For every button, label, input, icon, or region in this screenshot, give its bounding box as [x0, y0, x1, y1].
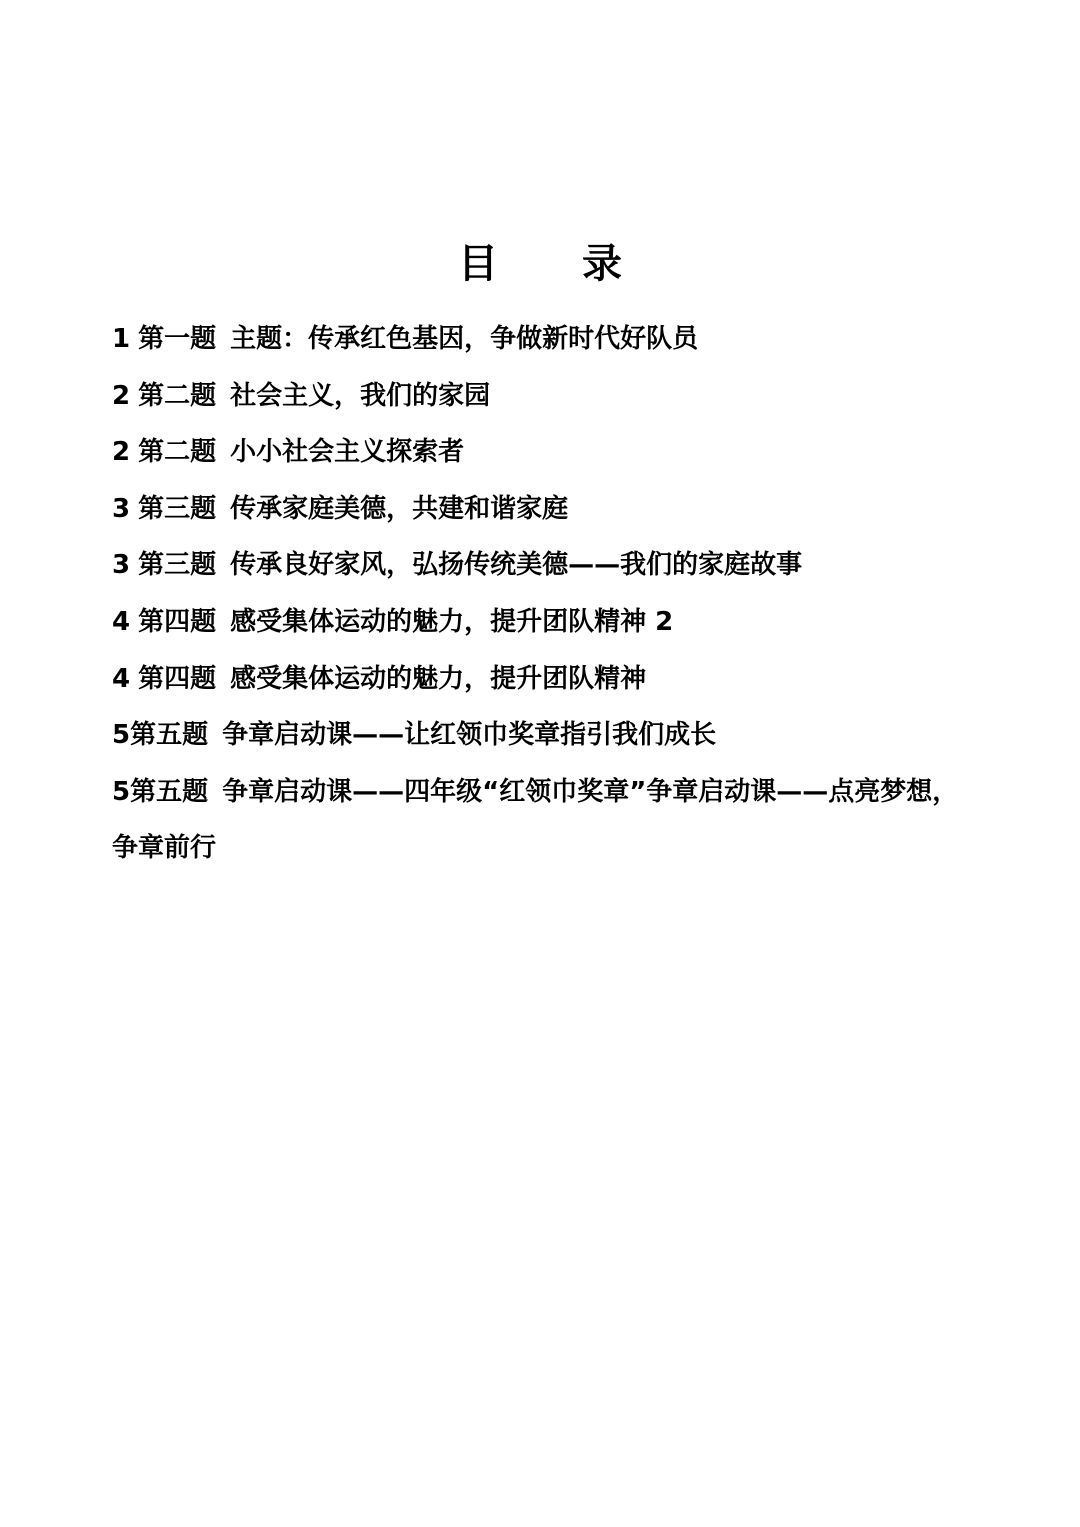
- toc-entry-lesson: 第二题: [138, 368, 216, 425]
- toc-entry[interactable]: 2第二题社会主义，我们的家园: [112, 368, 972, 425]
- toc-entry-title: 传承家庭美德，共建和谐家庭: [230, 494, 568, 524]
- toc-heading: 目录: [0, 236, 1080, 292]
- toc-entry[interactable]: 1第一题主题：传承红色基因，争做新时代好队员: [112, 311, 972, 368]
- toc-entry-lesson: 第四题: [138, 594, 216, 651]
- toc-entry-title: 主题：传承红色基因，争做新时代好队员: [230, 324, 698, 354]
- toc-entry-number: 5: [112, 707, 130, 764]
- toc-entry-lesson: 第五题: [130, 707, 208, 764]
- toc-entry-title: 传承良好家风，弘扬传统美德——我们的家庭故事: [230, 550, 802, 580]
- toc-entry[interactable]: 4第四题感受集体运动的魅力，提升团队精神 2: [112, 594, 972, 651]
- toc-entry[interactable]: 2第二题小小社会主义探索者: [112, 424, 972, 481]
- document-page: 目录 1第一题主题：传承红色基因，争做新时代好队员 2第二题社会主义，我们的家园…: [0, 0, 1080, 1527]
- toc-entry-lesson: 第五题: [130, 764, 208, 821]
- toc-entry-number: 4: [112, 594, 130, 651]
- toc-entry[interactable]: 4第四题感受集体运动的魅力，提升团队精神: [112, 651, 972, 708]
- toc-list: 1第一题主题：传承红色基因，争做新时代好队员 2第二题社会主义，我们的家园 2第…: [112, 311, 972, 877]
- toc-entry-lesson: 第一题: [138, 311, 216, 368]
- toc-entry-lesson: 第二题: [138, 424, 216, 481]
- toc-entry-title: 争章启动课——四年级“红领巾奖章”争章启动课——点亮梦想，争章前行: [112, 777, 958, 864]
- toc-entry[interactable]: 5第五题争章启动课——让红领巾奖章指引我们成长: [112, 707, 972, 764]
- toc-heading-char-1: 目: [458, 236, 498, 292]
- toc-entry[interactable]: 5第五题争章启动课——四年级“红领巾奖章”争章启动课——点亮梦想，争章前行: [112, 764, 972, 877]
- toc-entry-lesson: 第三题: [138, 537, 216, 594]
- toc-heading-char-2: 录: [582, 236, 622, 292]
- toc-entry-number: 2: [112, 424, 130, 481]
- toc-entry-title: 感受集体运动的魅力，提升团队精神 2: [230, 607, 673, 637]
- toc-entry-number: 5: [112, 764, 130, 821]
- toc-entry-title: 小小社会主义探索者: [230, 437, 464, 467]
- toc-entry-number: 3: [112, 537, 130, 594]
- toc-entry-title: 感受集体运动的魅力，提升团队精神: [230, 664, 646, 694]
- toc-entry-number: 2: [112, 368, 130, 425]
- toc-entry-number: 3: [112, 481, 130, 538]
- toc-entry-number: 4: [112, 651, 130, 708]
- toc-entry-lesson: 第四题: [138, 651, 216, 708]
- toc-entry-title: 争章启动课——让红领巾奖章指引我们成长: [222, 720, 716, 750]
- toc-entry-lesson: 第三题: [138, 481, 216, 538]
- toc-entry-title: 社会主义，我们的家园: [230, 381, 490, 411]
- toc-entry-number: 1: [112, 311, 130, 368]
- toc-entry[interactable]: 3第三题传承良好家风，弘扬传统美德——我们的家庭故事: [112, 537, 972, 594]
- toc-entry[interactable]: 3第三题传承家庭美德，共建和谐家庭: [112, 481, 972, 538]
